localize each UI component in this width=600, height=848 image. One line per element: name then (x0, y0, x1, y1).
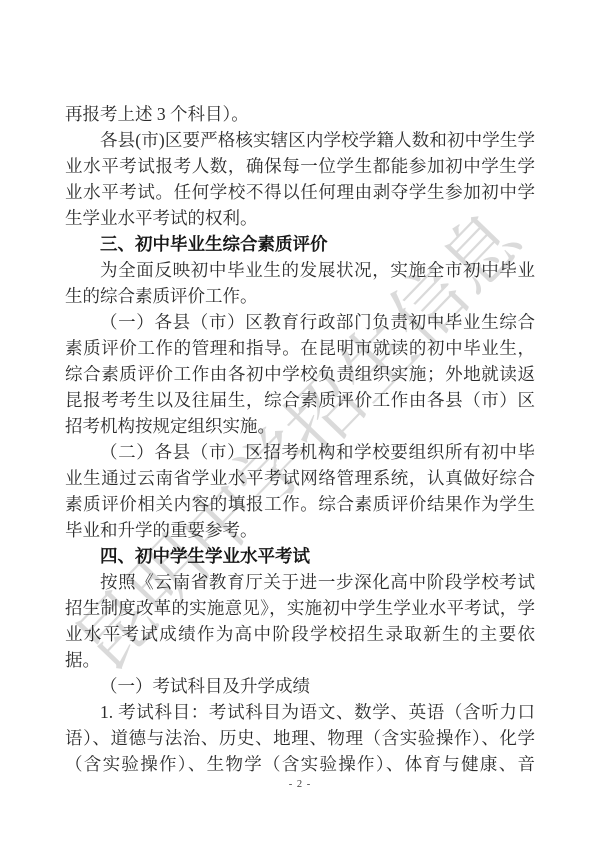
body-paragraph-continued: 再报考上述 3 个科目）。 (65, 101, 535, 127)
body-paragraph: （一）考试科目及升学成绩 (65, 673, 535, 699)
body-paragraph: （二）各县（市）区招考机构和学校要组织所有初中毕业生通过云南省学业水平考试网络管… (65, 439, 535, 543)
page-number: - 2 - (0, 779, 600, 790)
document-content: 再报考上述 3 个科目）。 各县(市)区要严格核实辖区内学校学籍人数和初中学生学… (65, 101, 535, 777)
body-paragraph: （一）各县（市）区教育行政部门负责初中毕业生综合素质评价工作的管理和指导。在昆明… (65, 309, 535, 439)
body-paragraph: 为全面反映初中毕业生的发展状况，实施全市初中毕业生的综合素质评价工作。 (65, 257, 535, 309)
body-paragraph: 按照《云南省教育厅关于进一步深化高中阶段学校考试招生制度改革的实施意见》，实施初… (65, 569, 535, 673)
document-page: 昆明中学招生信息 再报考上述 3 个科目）。 各县(市)区要严格核实辖区内学校学… (0, 0, 600, 848)
section-heading-4: 四、初中学生学业水平考试 (65, 543, 535, 569)
section-heading-3: 三、初中毕业生综合素质评价 (65, 231, 535, 257)
body-paragraph-cut-at-page-end: 1. 考试科目：考试科目为语文、数学、英语（含听力口语）、道德与法治、历史、地理… (65, 699, 535, 777)
body-paragraph: 各县(市)区要严格核实辖区内学校学籍人数和初中学生学业水平考试报考人数，确保每一… (65, 127, 535, 231)
